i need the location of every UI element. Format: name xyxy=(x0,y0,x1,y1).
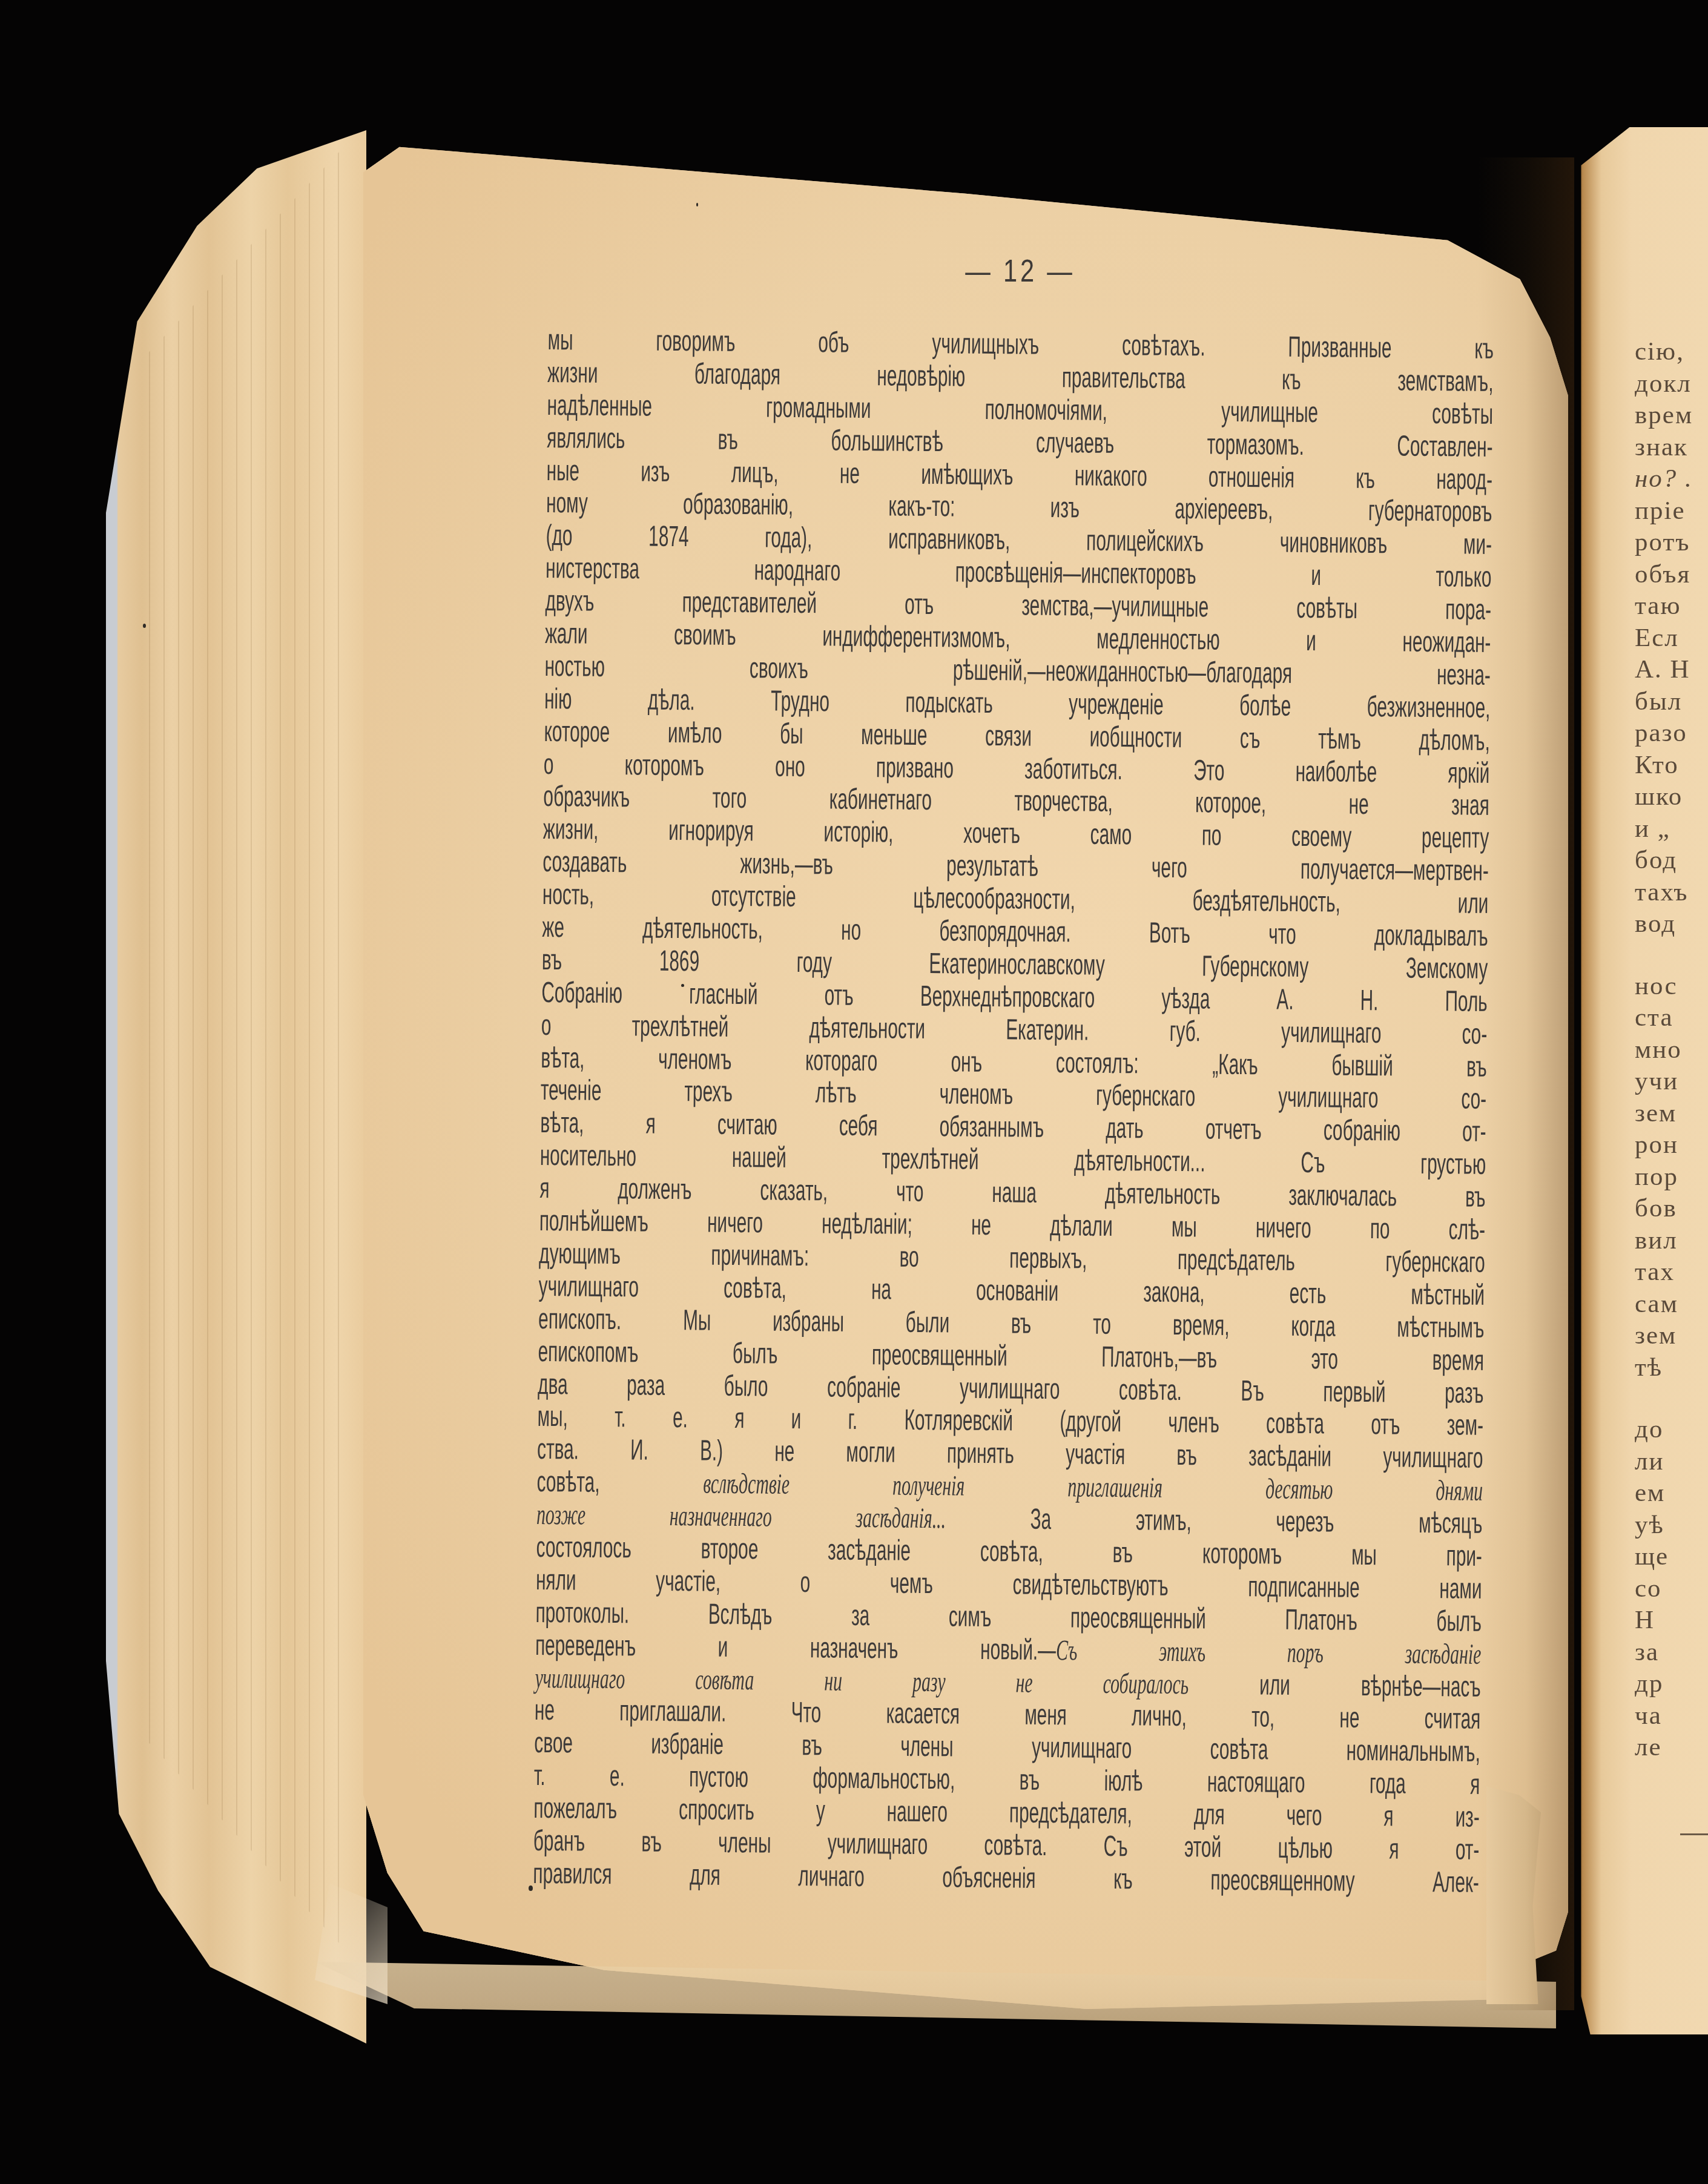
facing-text-line: зем xyxy=(1635,1098,1708,1130)
facing-text-line: пріе xyxy=(1635,495,1708,527)
facing-text-line: Н xyxy=(1635,1605,1708,1637)
facing-text-line: ча xyxy=(1635,1700,1708,1732)
facing-text-line: объя xyxy=(1635,559,1708,591)
facing-text-line: тахъ xyxy=(1635,877,1708,909)
facing-text-line: тах xyxy=(1635,1256,1708,1288)
facing-text-line: врем xyxy=(1635,400,1708,432)
facing-text-line: ем xyxy=(1635,1477,1708,1509)
facing-text-line: вод xyxy=(1635,908,1708,940)
page-number: — 12 — xyxy=(957,253,1083,289)
facing-text-line: бод xyxy=(1635,845,1708,877)
text-run: За этимъ, черезъ мѣсяцъ xyxy=(946,1502,1483,1540)
facing-page-footnote-rule xyxy=(1680,1833,1708,1835)
facing-text-line: нос xyxy=(1635,971,1708,1003)
facing-text-line: др xyxy=(1635,1668,1708,1700)
ink-speck xyxy=(529,1885,533,1891)
facing-text-line: сам xyxy=(1635,1288,1708,1321)
facing-page-text: сію,доклвремзнакно? .пріеротъобъятаюЕслА… xyxy=(1635,336,1708,1764)
facing-text-line: учи xyxy=(1635,1066,1708,1098)
italic-emphasis: позже назначеннаго засѣданія... xyxy=(536,1499,946,1534)
italic-emphasis: Съ этихъ поръ засѣданіе xyxy=(1056,1634,1482,1671)
facing-text-line: ста xyxy=(1635,1002,1708,1034)
facing-text-line: но? . xyxy=(1635,463,1708,495)
ink-speck xyxy=(143,624,146,628)
facing-text-line: был xyxy=(1635,686,1708,718)
ink-speck xyxy=(681,984,684,987)
facing-text-line: мно xyxy=(1635,1034,1708,1066)
facing-text-line: бов xyxy=(1635,1193,1708,1225)
facing-text-line: Кто xyxy=(1635,750,1708,782)
facing-text-line: вил xyxy=(1635,1225,1708,1257)
facing-text-line: докл xyxy=(1635,368,1708,400)
facing-text-line: пор xyxy=(1635,1161,1708,1193)
facing-text-line: за xyxy=(1635,1637,1708,1669)
facing-text-line: уѣ xyxy=(1635,1509,1708,1542)
facing-text-line: ле xyxy=(1635,1732,1708,1764)
text-run: переведенъ и назначенъ новый.— xyxy=(535,1629,1056,1666)
facing-text-line: разо xyxy=(1635,718,1708,750)
text-run: или вѣрнѣе—насъ xyxy=(1189,1668,1481,1703)
main-page-text: мы говоримъ объ училищныхъ совѣтахъ. При… xyxy=(533,324,1492,1899)
facing-text-line: рон xyxy=(1635,1129,1708,1161)
facing-text-line: зем xyxy=(1635,1320,1708,1352)
book-scan: — 12 — мы говоримъ объ училищныхъ совѣта… xyxy=(0,0,1708,2184)
facing-text-line: сію, xyxy=(1635,336,1708,368)
facing-text-line: ротъ xyxy=(1635,527,1708,559)
facing-text-line: ли xyxy=(1635,1446,1708,1478)
facing-text-line: шко xyxy=(1635,781,1708,813)
facing-text-line: таю xyxy=(1635,590,1708,622)
facing-text-line: тѣ xyxy=(1635,1352,1708,1384)
facing-text-line: ще xyxy=(1635,1541,1708,1573)
paragraph-gap xyxy=(1635,940,1708,971)
text-run: совѣта, xyxy=(536,1466,703,1500)
paragraph-gap xyxy=(1635,1384,1708,1414)
facing-text-line: знак xyxy=(1635,432,1708,464)
facing-text-line: Есл xyxy=(1635,622,1708,655)
italic-emphasis: училищнаго совѣта ни разу не собиралось xyxy=(535,1661,1189,1700)
page-stack-lines xyxy=(121,139,351,1956)
facing-text-line: и „ xyxy=(1635,813,1708,845)
facing-text-line: А. Н xyxy=(1635,654,1708,686)
ink-speck xyxy=(696,203,698,206)
facing-text-line: со xyxy=(1635,1573,1708,1605)
facing-text-line: до xyxy=(1635,1414,1708,1446)
